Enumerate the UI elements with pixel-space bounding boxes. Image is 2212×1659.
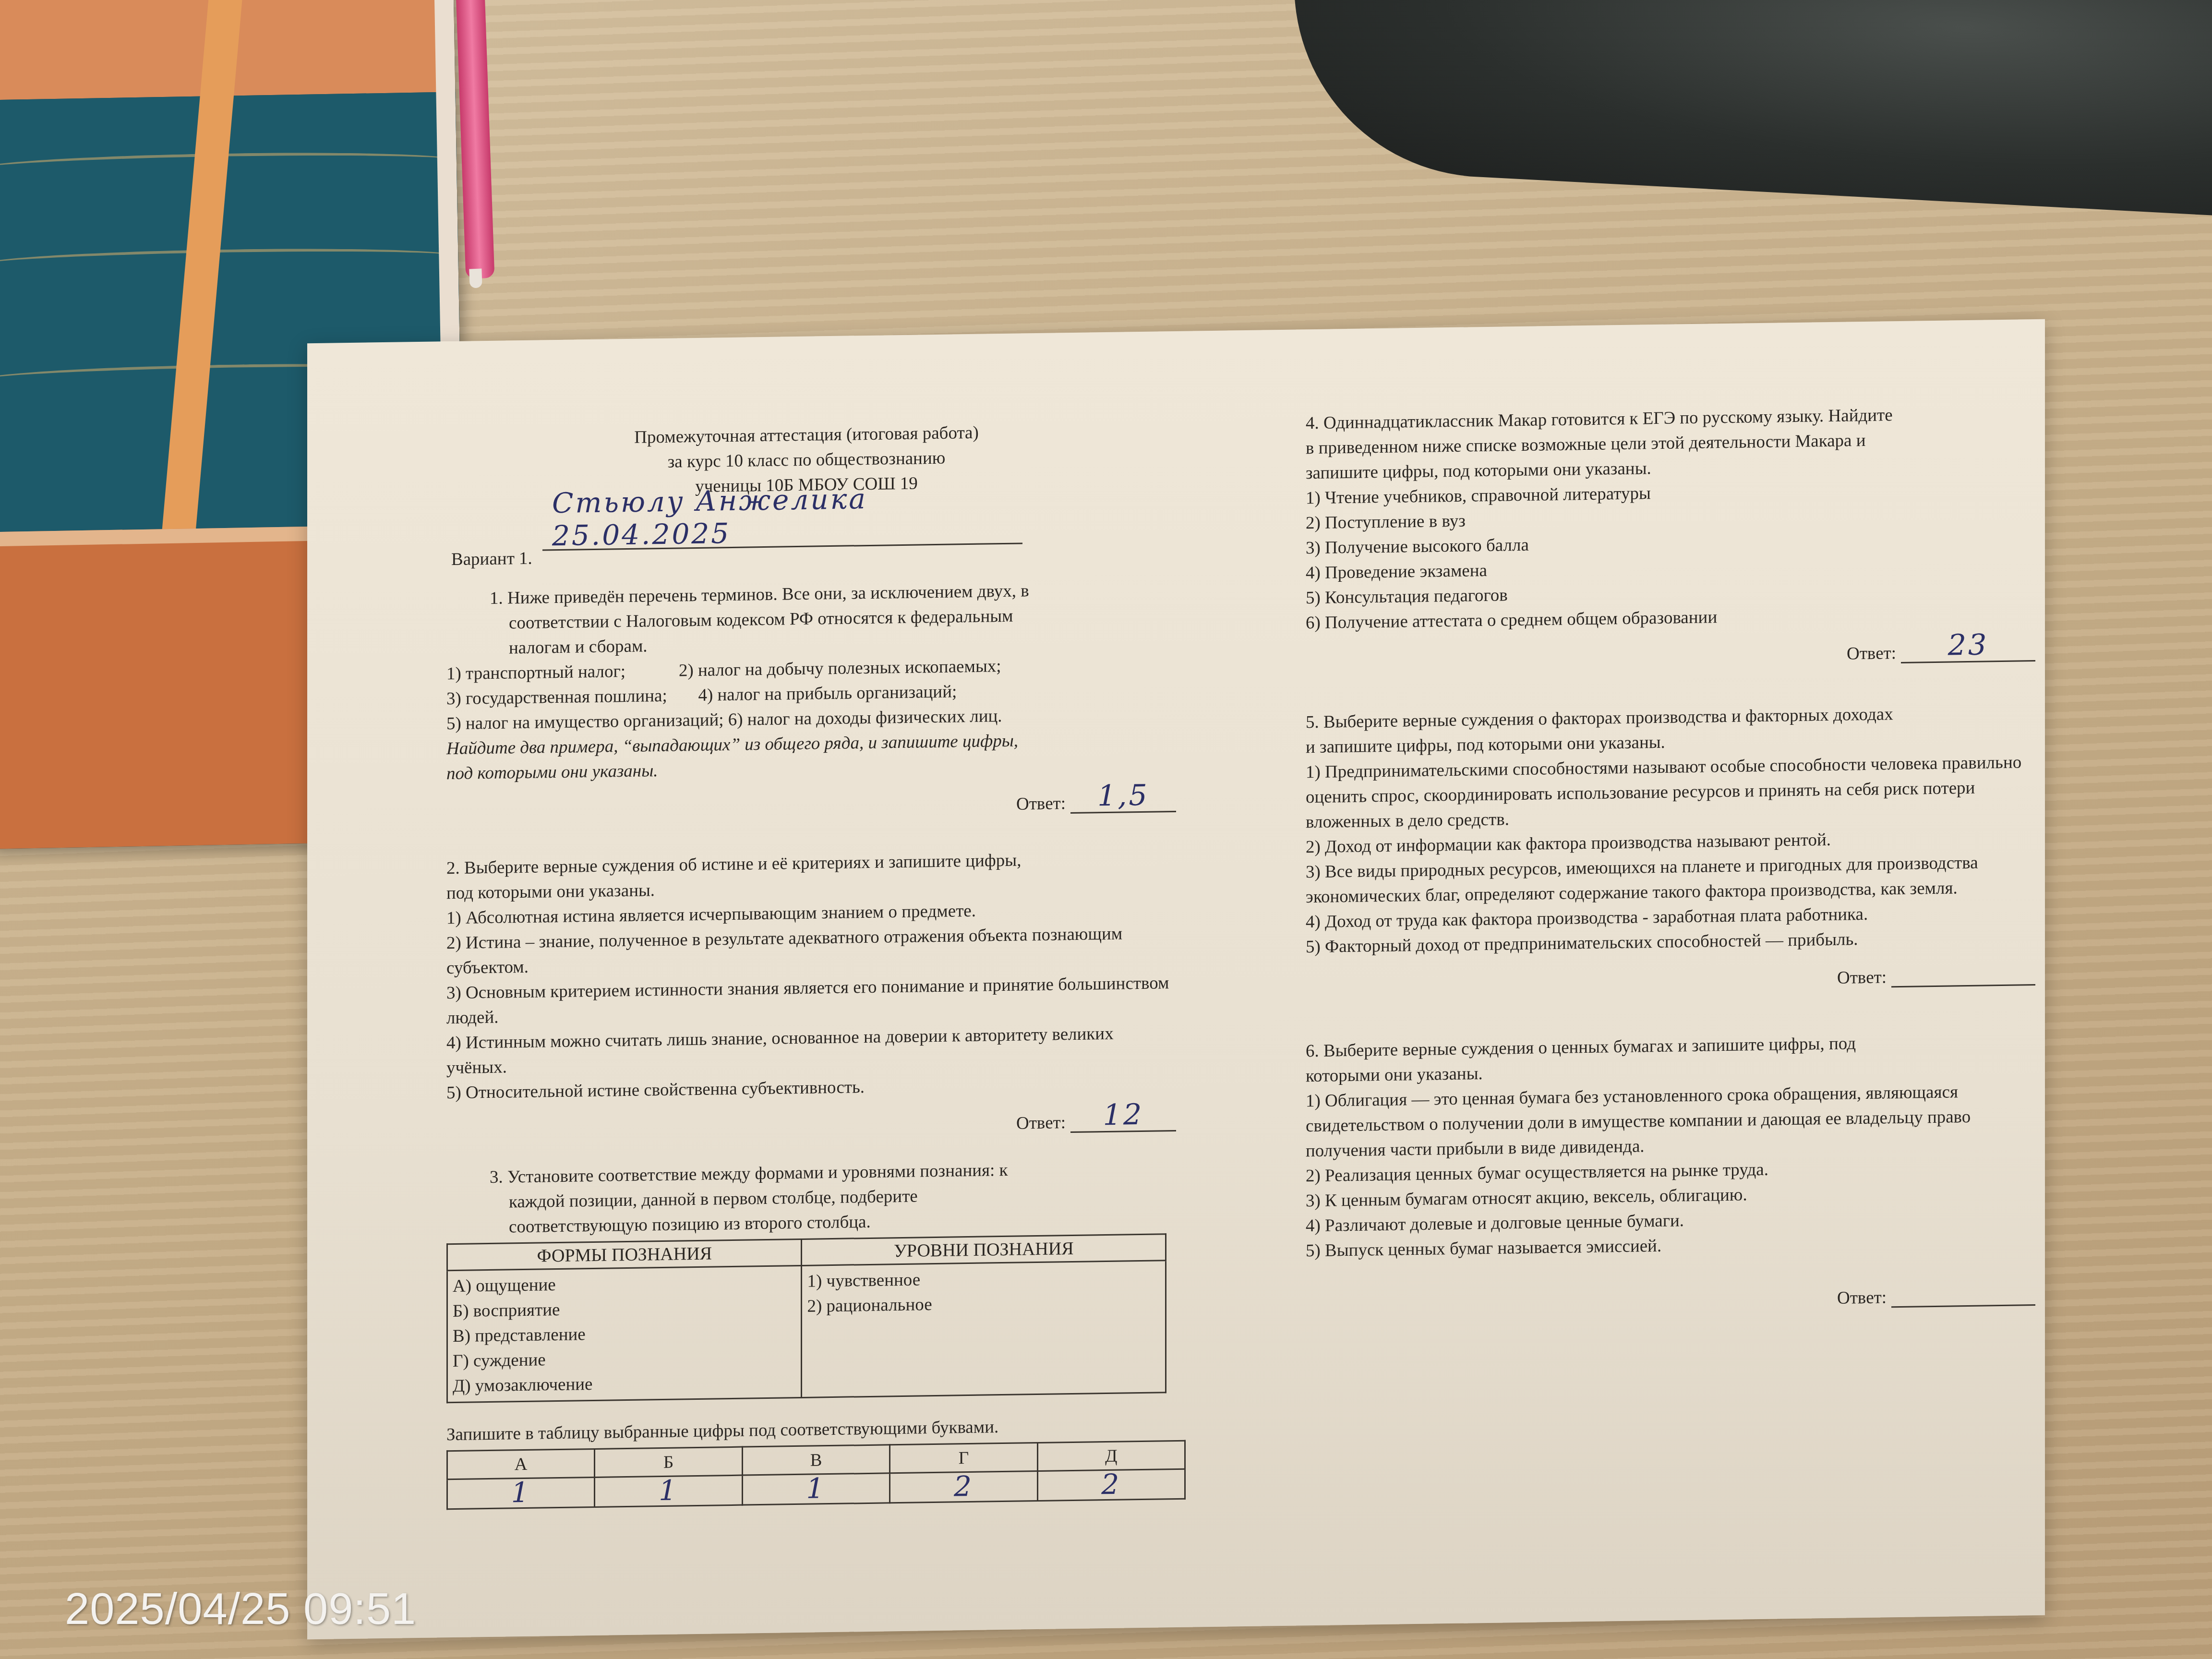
- q3-letter: Г: [890, 1443, 1037, 1473]
- question-4: 4. Одиннадцатиклассник Макар готовится к…: [1306, 401, 2035, 672]
- exam-sheet: Промежуточная аттестация (итоговая работ…: [307, 319, 2045, 1640]
- q4-answer-row: Ответ: 23: [1306, 628, 2035, 672]
- q3-answer-cell[interactable]: 2: [890, 1471, 1037, 1503]
- pen-tip: [469, 269, 482, 289]
- q3-answer-table: А Б В Г Д 1 1 1 2 2: [446, 1440, 1186, 1510]
- q3-answer-cell[interactable]: 1: [742, 1473, 890, 1505]
- answer-label: Ответ:: [1837, 1287, 1887, 1308]
- question-2: 2. Выберите верные суждения об истине и …: [446, 846, 1176, 1142]
- q3-answer-cell[interactable]: 2: [1037, 1469, 1185, 1501]
- q5-option: 1) Предпринимательскими способностями на…: [1306, 750, 2035, 835]
- q3-answer-cell[interactable]: 1: [447, 1477, 595, 1509]
- answer-label: Ответ:: [1016, 1112, 1066, 1133]
- q3-letter: А: [447, 1449, 595, 1479]
- q6-option: 1) Облигация — это ценная бумага без уст…: [1306, 1079, 2035, 1164]
- q6-answer-handwritten: [1891, 1305, 2035, 1307]
- q5-option: 3) Все виды природных ресурсов, имеющихс…: [1306, 850, 2035, 910]
- q5-answer-handwritten: [1891, 985, 2035, 987]
- q3-letter: Д: [1037, 1441, 1185, 1471]
- q4-answer-handwritten: 23: [1901, 627, 2035, 663]
- q3-form-item: Д) умозаключение: [453, 1369, 796, 1399]
- question-1: 1. Ниже приведён перечень терминов. Все …: [446, 577, 1176, 822]
- q3-forms-cell: А) ощущение Б) восприятие В) представлен…: [447, 1265, 802, 1402]
- q4-answer-field[interactable]: 23: [1901, 628, 2035, 663]
- q3-answer-handwritten: 1: [806, 1472, 826, 1505]
- q5-answer-row: Ответ:: [1306, 952, 2035, 996]
- right-column: 4. Одиннадцатиклассник Макар готовится к…: [1306, 401, 2035, 1316]
- question-6: 6. Выберите верные суждения о ценных бум…: [1306, 1029, 2035, 1316]
- q3-matching-table: ФОРМЫ ПОЗНАНИЯ УРОВНИ ПОЗНАНИЯ А) ощущен…: [446, 1233, 1166, 1403]
- answer-label: Ответ:: [1016, 793, 1066, 814]
- answer-label: Ответ:: [1847, 643, 1896, 664]
- answer-label: Ответ:: [1837, 967, 1887, 988]
- student-name-field[interactable]: Стьюлу Анжелика 25.04.2025: [542, 499, 1022, 551]
- q6-answer-field[interactable]: [1891, 1273, 2035, 1308]
- q3-answer-cell[interactable]: 1: [595, 1475, 742, 1507]
- q3-answer-handwritten: 2: [1101, 1468, 1121, 1501]
- q1-answer-field[interactable]: 1,5: [1070, 779, 1176, 814]
- q3-col1-header: ФОРМЫ ПОЗНАНИЯ: [447, 1239, 802, 1270]
- q3-levels-cell: 1) чувственное 2) рациональное: [802, 1261, 1166, 1398]
- q1-answer-handwritten: 1,5: [1070, 778, 1176, 813]
- q3-answer-handwritten: 2: [954, 1470, 974, 1503]
- q3-letter: Б: [595, 1447, 742, 1477]
- q2-answer-handwritten: 12: [1070, 1097, 1176, 1132]
- q5-answer-field[interactable]: [1891, 952, 2035, 987]
- q3-letter: В: [742, 1445, 890, 1475]
- q2-answer-row: Ответ: 12: [446, 1098, 1176, 1142]
- wave-line: [0, 245, 458, 276]
- question-5: 5. Выберите верные суждения о факторах п…: [1306, 700, 2035, 996]
- q1-answer-row: Ответ: 1,5: [446, 779, 1176, 822]
- q3-answer-handwritten: 1: [659, 1474, 678, 1507]
- q3-level-item: 2) рациональное: [807, 1289, 1160, 1319]
- photo-timestamp: 2025/04/25 09:51: [65, 1584, 416, 1635]
- question-3: 3. Установите соответствие между формами…: [446, 1155, 1176, 1510]
- left-column: Промежуточная аттестация (итоговая работ…: [446, 418, 1176, 1510]
- q2-answer-field[interactable]: 12: [1070, 1098, 1176, 1133]
- student-name-handwritten: Стьюлу Анжелика 25.04.2025: [552, 480, 1022, 552]
- q3-answer-handwritten: 1: [511, 1476, 531, 1509]
- q6-answer-row: Ответ:: [1306, 1273, 2035, 1316]
